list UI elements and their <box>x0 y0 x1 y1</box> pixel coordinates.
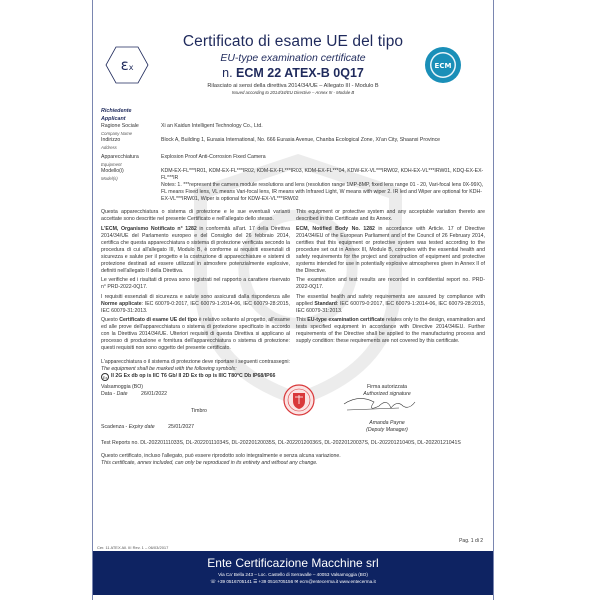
body-english: This equipment or protective system and … <box>296 209 485 355</box>
signature-block: Valsamoggia (BO) Data - Date 26/01/2022 … <box>101 384 485 436</box>
reproduction-it: Questo certificato, incluso l'allegato, … <box>101 453 485 460</box>
marking-code: Ex II 2G Ex db op is IIC T6 Gb/ II 2D Ex… <box>101 373 485 381</box>
issued-italian: Rilasciato ai sensi della direttiva 2014… <box>93 82 493 90</box>
footer-email[interactable]: ✉ ecm@entecerma.it <box>294 579 338 584</box>
para-it-0: Questa apparecchiatura o sistema di prot… <box>101 209 290 223</box>
issue-date: 26/01/2022 <box>141 391 167 397</box>
expiry-row: Scadenza - Expiry date 25/01/2027 <box>101 424 194 431</box>
para-en-0: This equipment or protective system and … <box>296 209 485 223</box>
para-en-4: This EU-type examination certificate rel… <box>296 317 485 345</box>
footer-address: Via Ca' Bella 243 – Loc. Castello di Ser… <box>93 571 493 578</box>
certificate-number: n. ECM 22 ATEX-B 0Q17 <box>93 65 493 81</box>
field-models: Modello(i)Model(s) KDM-EX-FL***IR01, KDM… <box>101 168 485 203</box>
footer-fax: ☰ +39 0516705156 <box>253 579 293 584</box>
models-notes: Notes: 1. ***represent the camera module… <box>161 182 485 203</box>
para-it-4: Questo Certificato di esame UE del tipo … <box>101 317 290 352</box>
field-equipment: ApparecchiaturaEquipment Explosion Proof… <box>101 154 485 168</box>
signer: Amanda Payne (Deputy Manager) <box>353 420 421 434</box>
official-seal-icon <box>283 384 315 416</box>
marking-intro-en: The equipment shall be marked with the f… <box>101 366 485 373</box>
para-en-2: The examination and test results are rec… <box>296 277 485 291</box>
certificate-content: Richiedente Applicant Ragione SocialeCom… <box>101 108 485 467</box>
certificate-page: εx ECM Certificato di esame UE del tipo … <box>92 0 494 600</box>
certificate-header: Certificato di esame UE del tipo EU-type… <box>93 32 493 96</box>
body-italian: Questa apparecchiatura o sistema di prot… <box>101 209 290 355</box>
para-en-1: ECM, Notified Body No. 1282 in accordanc… <box>296 226 485 275</box>
footer-website[interactable]: www.entecerma.it <box>339 579 375 584</box>
marking-intro-it: L'apparecchiatura o il sistema di protez… <box>101 359 485 366</box>
company-name-value: Xi an Kaidun Intelligent Technology Co.,… <box>161 123 485 137</box>
title-italian: Certificato di esame UE del tipo <box>93 32 493 51</box>
title-english: EU-type examination certificate <box>93 51 493 65</box>
stamp-label: Timbro <box>191 408 207 415</box>
para-en-3: The essential health and safety requirem… <box>296 294 485 315</box>
expiry-date: 25/01/2027 <box>168 424 194 430</box>
issued-english: Issued according to 2014/34/EU Directive… <box>93 90 493 96</box>
ex-mark-icon: Ex <box>101 373 109 381</box>
footer-company: Ente Certificazione Macchine srl <box>93 555 493 571</box>
para-it-1: L'ECM, Organismo Notificato n° 1282 in c… <box>101 226 290 275</box>
reproduction-en: This certificate, annex included, can on… <box>101 460 485 467</box>
footer-contacts: ☏ +39 0516705141 ☰ +39 0516705156 ✉ ecm@… <box>93 578 493 585</box>
page-number: Pag. 1 di 2 <box>459 538 483 544</box>
applicant-heading-en: Applicant <box>101 116 485 124</box>
test-reports: Test Reports no. DL-20220111033S, DL-202… <box>101 440 485 447</box>
handwritten-signature-icon <box>339 392 419 418</box>
form-reference: Cer. 11 ATEX All. III Rev. 1 – 06/03/201… <box>97 545 168 550</box>
field-address: IndirizzoAddress Block A, Building 1, Eu… <box>101 137 485 151</box>
footer-band: Ente Certificazione Macchine srl Via Ca'… <box>93 551 493 595</box>
address-value: Block A, Building 1, Eurasia Internation… <box>161 137 485 151</box>
field-company-name: Ragione SocialeCompany Name Xi an Kaidun… <box>101 123 485 137</box>
para-it-3: I requisiti essenziali di sicurezza e sa… <box>101 294 290 315</box>
bilingual-body: Questa apparecchiatura o sistema di prot… <box>101 209 485 355</box>
footer-phone: ☏ +39 0516705141 <box>210 579 252 584</box>
applicant-heading-it: Richiedente <box>101 108 485 116</box>
models-value: KDM-EX-FL***IR01, KDM-EX-FL***IR02, KDM-… <box>161 168 485 182</box>
para-it-2: Le verifiche ed i risultati di prova son… <box>101 277 290 291</box>
equipment-value: Explosion Proof Anti-Corrosion Fixed Cam… <box>161 154 485 168</box>
